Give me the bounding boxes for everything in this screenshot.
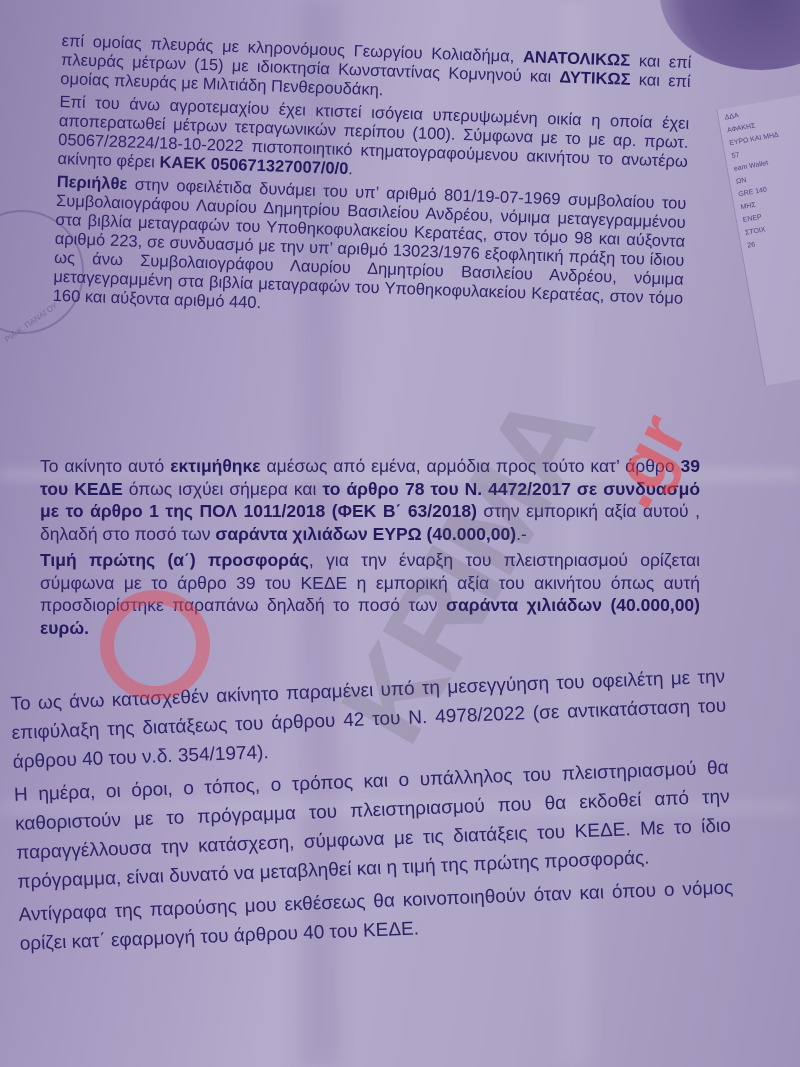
bold-text: εκτιμήθηκε [170, 456, 260, 476]
text: όπως ισχύει σήμερα και [123, 479, 323, 499]
paragraph: Τιμή πρώτης (α΄) προσφοράς, για την έναρ… [40, 549, 700, 639]
paragraph: Η ημέρα, οι όροι, ο τόπος, ο τρόπος και … [13, 753, 732, 896]
bold-text: Περιήλθε [56, 173, 127, 193]
bold-text: ΑΝΑΤΟΛΙΚΩΣ [523, 48, 631, 70]
document-text-lower: Το ως άνω κατασχεθέν ακίνητο παραμένει υ… [10, 663, 735, 959]
text: .- [516, 524, 527, 544]
bold-text: ΔΥΤΙΚΩΣ [559, 68, 631, 88]
paragraph: Το ακίνητο αυτό εκτιμήθηκε αμέσως από εμ… [40, 455, 700, 545]
bold-text: σαράντα χιλιάδων ΕΥΡΩ (40.000,00) [215, 524, 516, 544]
document-text-top: επί ομοίας πλευράς με κληρονόμους Γεωργί… [52, 32, 691, 328]
text: Το ακίνητο αυτό [40, 456, 170, 476]
bold-text: Τιμή πρώτης (α΄) προσφοράς [40, 550, 309, 570]
paragraph: Περιήλθε στην οφειλέτιδα δυνάμει του υπ’… [52, 173, 686, 328]
document-text-valuation: Το ακίνητο αυτό εκτιμήθηκε αμέσως από εμ… [40, 455, 700, 639]
document-photo: ΔΔΑΑΦΑΚΗΣΕΥΡΩ ΚΑΙ ΜΗΔ57eam WalletΩΝGRE 1… [0, 0, 800, 1067]
text: . [348, 160, 353, 178]
text: στην οφειλέτιδα δυνάμει του υπ’ αριθμό 8… [52, 175, 686, 312]
receipt-paper: ΔΔΑΑΦΑΚΗΣΕΥΡΩ ΚΑΙ ΜΗΔ57eam WalletΩΝGRE 1… [716, 94, 800, 386]
text: Η ημέρα, οι όροι, ο τόπος, ο τρόπος και … [14, 757, 732, 892]
text: αμέσως από εμένα, αρμόδια προς τούτο κατ… [261, 456, 681, 476]
